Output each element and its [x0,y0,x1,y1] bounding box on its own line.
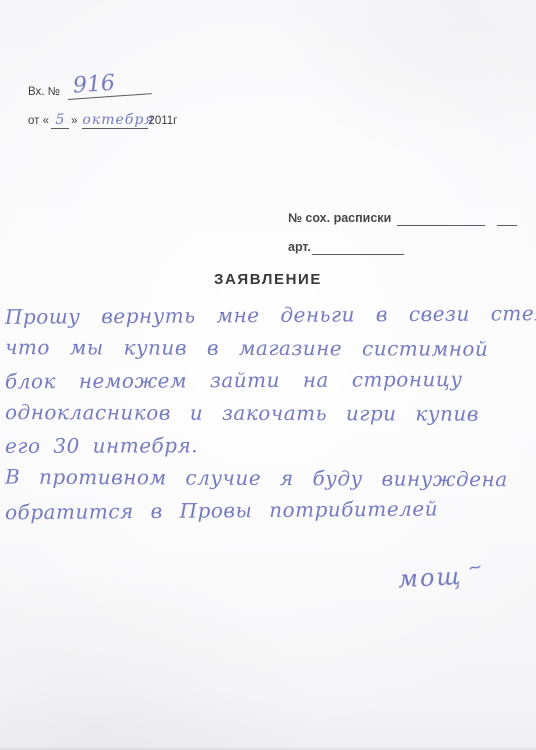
date-year-label: 2011г [148,115,177,129]
incoming-number-handwritten: 916 [66,69,152,100]
handwritten-line: что мы купив в магазине систимной [5,331,533,365]
handwritten-line: обратится в Провы потрибителей [5,492,533,529]
incoming-number-label: Вх. № [28,86,60,100]
signature-flourish: ~ [466,556,485,579]
art-label: арт. [288,240,311,255]
receipt-number-row: № сох. расписки [288,206,517,226]
scanned-document-page: Вх. № 916 от « 5 » октебря 2011г № сох. … [0,0,536,750]
handwritten-line: однокласников и закочать игри купив [5,396,533,430]
incoming-date-row: от « 5 » октебря 2011г [28,109,177,129]
receipt-number-blank-line [397,211,485,226]
date-prefix-label: от « [28,115,49,129]
handwritten-line: Прошу вернуть мне деньги в свези стем [5,297,533,333]
document-title: ЗАЯВЛЕНИЕ [0,271,536,288]
handwritten-line: блок неможем зайти на строницу [5,363,533,398]
date-month-handwritten: октебря [82,112,148,129]
handwritten-line: его 30 интебря. [5,428,533,462]
receipt-number-blank-short [497,211,517,226]
receipt-stamp-block: № сох. расписки арт. [288,206,517,264]
incoming-number-row: Вх. № 916 [28,72,177,100]
receipt-number-label: № сох. расписки [288,211,391,226]
signature-text: мощ [397,562,463,593]
art-blank-line [312,240,404,255]
date-day-handwritten: 5 [51,113,69,129]
incoming-stamp-block: Вх. № 916 от « 5 » октебря 2011г [28,72,177,129]
handwritten-body: Прошу вернуть мне деньги в свези стем чт… [5,299,533,527]
handwritten-line: В противном случие я буду винуждена [5,460,533,495]
art-row: арт. [288,235,517,255]
signature: мощ~ [397,561,484,593]
date-close-quote: » [71,115,77,129]
